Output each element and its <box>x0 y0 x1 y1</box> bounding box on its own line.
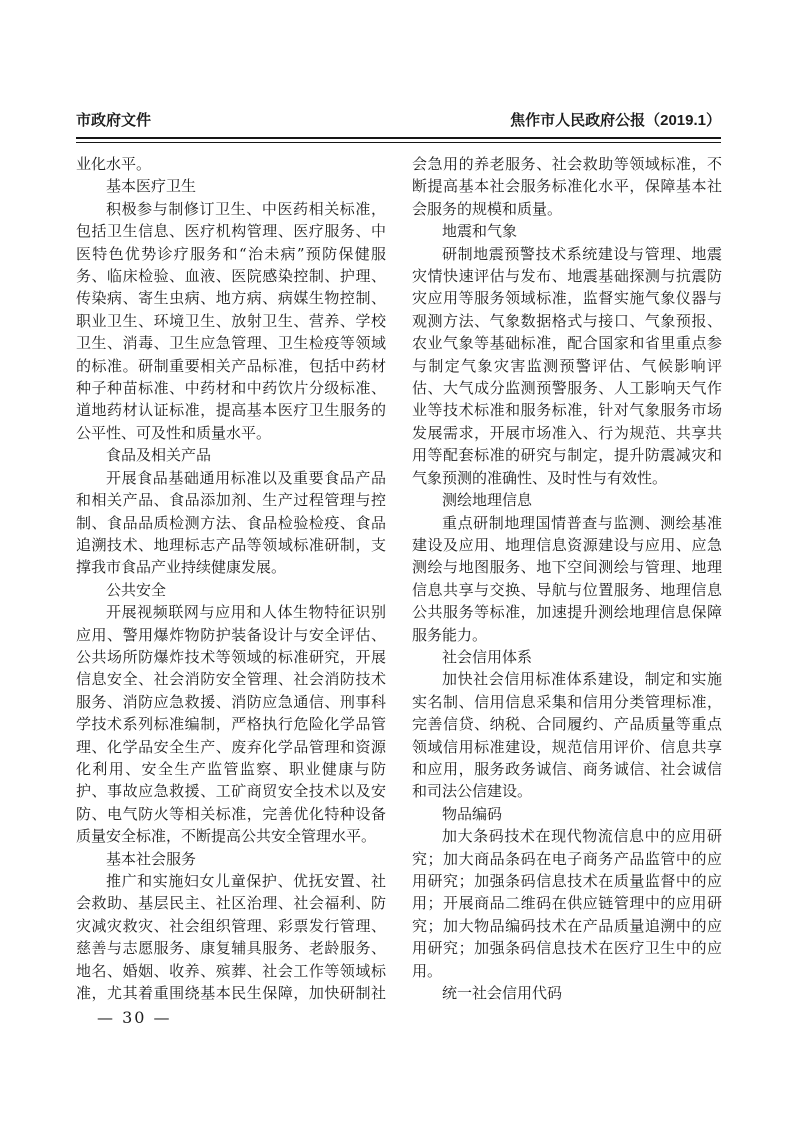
text-line: 用研究；加强条码信息技术在质量监督中的应 <box>412 870 722 892</box>
text-line: 发展需求，开展市场准入、行为规范、共享共 <box>412 422 722 444</box>
text-line: 公平性、可及性和质量水平。 <box>76 422 386 444</box>
text-line: 的标准。研制重要相关产品标准，包括中药材 <box>76 355 386 377</box>
section-heading: 食品及相关产品 <box>76 444 386 466</box>
text-line: 应用、警用爆炸物防护装备设计与安全评估、 <box>76 624 386 646</box>
text-line: 会救助、基层民主、社区治理、社会福利、防 <box>76 892 386 914</box>
text-line: 农业气象等基础标准，配合国家和省里重点参 <box>412 332 722 354</box>
text-line: 用研究；加强条码信息技术在医疗卫生中的应 <box>412 937 722 959</box>
text-line: 医特色优势诊疗服务和“治未病”预防保健服 <box>76 243 386 265</box>
text-line: 化利用、安全生产监管监察、职业健康与防 <box>76 758 386 780</box>
text-line: 追溯技术、地理标志产品等领域标准研制，支 <box>76 534 386 556</box>
text-line: 会服务的规模和质量。 <box>412 198 722 220</box>
section-heading: 物品编码 <box>412 803 722 825</box>
text-line: 重点研制地理国情普查与监测、测绘基准 <box>412 512 722 534</box>
text-line: 种子种苗标准、中药材和中药饮片分级标准、 <box>76 377 386 399</box>
text-line: 完善信贷、纳税、合同履约、产品质量等重点 <box>412 713 722 735</box>
page-content: 市政府文件 焦作市人民政府公报（2019.1） 业化水平。基本医疗卫生积极参与制… <box>76 112 721 1004</box>
text-line: 灾减灾救灾、社会组织管理、彩票发行管理、 <box>76 915 386 937</box>
text-line: 业化水平。 <box>76 153 386 175</box>
text-line: 测绘与地图服务、地下空间测绘与管理、地理 <box>412 556 722 578</box>
page-number: — 30 — <box>97 1008 172 1027</box>
section-heading: 测绘地理信息 <box>412 489 722 511</box>
text-line: 究；加大商品条码在电子商务产品监管中的应 <box>412 848 722 870</box>
text-line: 公共场所防爆炸技术等领域的标准研究，开展 <box>76 646 386 668</box>
text-line: 撑我市食品产业持续健康发展。 <box>76 556 386 578</box>
text-line: 护、事故应急救援、工矿商贸安全技术以及安 <box>76 780 386 802</box>
text-line: 灾情快速评估与发布、地震基础探测与抗震防 <box>412 265 722 287</box>
text-line: 用。 <box>412 960 722 982</box>
text-line: 公共服务等标准，加速提升测绘地理信息保障 <box>412 601 722 623</box>
text-line: 和相关产品、食品添加剂、生产过程管理与控 <box>76 489 386 511</box>
header-double-rule <box>76 137 721 143</box>
text-line: 准，尤其着重围绕基本民生保障，加快研制社 <box>76 982 386 1004</box>
text-line: 灾应用等服务领域标准，监督实施气象仪器与 <box>412 287 722 309</box>
text-line: 职业卫生、环境卫生、放射卫生、营养、学校 <box>76 310 386 332</box>
left-column: 业化水平。基本医疗卫生积极参与制修订卫生、中医药相关标准，包括卫生信息、医疗机构… <box>76 153 386 1004</box>
text-line: 学技术系列标准编制，严格执行危险化学品管 <box>76 713 386 735</box>
text-line: 慈善与志愿服务、康复辅具服务、老龄服务、 <box>76 937 386 959</box>
text-line: 卫生、消毒、卫生应急管理、卫生检疫等领域 <box>76 332 386 354</box>
text-line: 气象预测的准确性、及时性与有效性。 <box>412 467 722 489</box>
text-line: 实名制、信用信息采集和信用分类管理标准， <box>412 691 722 713</box>
text-line: 推广和实施妇女儿童保护、优抚安置、社 <box>76 870 386 892</box>
section-heading: 基本社会服务 <box>76 848 386 870</box>
text-line: 制、食品品质检测方法、食品检验检疫、食品 <box>76 512 386 534</box>
text-line: 信息安全、社会消防安全管理、社会消防技术 <box>76 668 386 690</box>
text-line: 防、电气防火等相关标准，完善优化特种设备 <box>76 803 386 825</box>
text-line: 用；开展商品二维码在供应链管理中的应用研 <box>412 892 722 914</box>
running-head-section: 市政府文件 <box>76 112 151 130</box>
text-line: 道地药材认证标准，提高基本医疗卫生服务的 <box>76 399 386 421</box>
right-column: 会急用的养老服务、社会救助等领域标准，不断提高基本社会服务标准化水平，保障基本社… <box>412 153 722 1004</box>
text-line: 加快社会信用标准体系建设，制定和实施 <box>412 668 722 690</box>
text-line: 业等技术标准和服务标准，针对气象服务市场 <box>412 399 722 421</box>
text-line: 积极参与制修订卫生、中医药相关标准， <box>76 198 386 220</box>
text-line: 地名、婚姻、收养、殡葬、社会工作等领域标 <box>76 960 386 982</box>
text-line: 与制定气象灾害监测预警评估、气候影响评 <box>412 355 722 377</box>
text-line: 服务、消防应急救援、消防应急通信、刑事科 <box>76 691 386 713</box>
text-line: 估、大气成分监测预警服务、人工影响天气作 <box>412 377 722 399</box>
running-head-gazette-title: 焦作市人民政府公报（2019.1） <box>510 112 721 130</box>
text-line: 和司法公信建设。 <box>412 780 722 802</box>
text-line: 观测方法、气象数据格式与接口、气象预报、 <box>412 310 722 332</box>
section-heading: 地震和气象 <box>412 220 722 242</box>
text-line: 质量安全标准，不断提高公共安全管理水平。 <box>76 825 386 847</box>
text-line: 服务能力。 <box>412 624 722 646</box>
section-heading: 公共安全 <box>76 579 386 601</box>
text-line: 理、化学品安全生产、废弃化学品管理和资源 <box>76 736 386 758</box>
text-line: 开展视频联网与应用和人体生物特征识别 <box>76 601 386 623</box>
text-line: 务、临床检验、血液、医院感染控制、护理、 <box>76 265 386 287</box>
text-line: 领域信用标准建设，规范信用评价、信息共享 <box>412 736 722 758</box>
text-line: 包括卫生信息、医疗机构管理、医疗服务、中 <box>76 220 386 242</box>
text-line: 究；加大物品编码技术在产品质量追溯中的应 <box>412 915 722 937</box>
section-heading: 基本医疗卫生 <box>76 175 386 197</box>
text-line: 开展食品基础通用标准以及重要食品产品 <box>76 467 386 489</box>
text-line: 和应用，服务政务诚信、商务诚信、社会诚信 <box>412 758 722 780</box>
section-heading: 社会信用体系 <box>412 646 722 668</box>
text-line: 信息共享与交换、导航与位置服务、地理信息 <box>412 579 722 601</box>
text-line: 建设及应用、地理信息资源建设与应用、应急 <box>412 534 722 556</box>
text-line: 加大条码技术在现代物流信息中的应用研 <box>412 825 722 847</box>
running-head: 市政府文件 焦作市人民政府公报（2019.1） <box>76 112 721 137</box>
section-heading: 统一社会信用代码 <box>412 982 722 1004</box>
text-line: 用等配套标准的研究与制定，提升防震减灾和 <box>412 444 722 466</box>
gazette-page: 市政府文件 焦作市人民政府公报（2019.1） 业化水平。基本医疗卫生积极参与制… <box>0 0 793 1122</box>
text-line: 断提高基本社会服务标准化水平，保障基本社 <box>412 175 722 197</box>
text-line: 会急用的养老服务、社会救助等领域标准，不 <box>412 153 722 175</box>
text-line: 传染病、寄生虫病、地方病、病媒生物控制、 <box>76 287 386 309</box>
text-line: 研制地震预警技术系统建设与管理、地震 <box>412 243 722 265</box>
text-columns: 业化水平。基本医疗卫生积极参与制修订卫生、中医药相关标准，包括卫生信息、医疗机构… <box>76 153 721 1004</box>
